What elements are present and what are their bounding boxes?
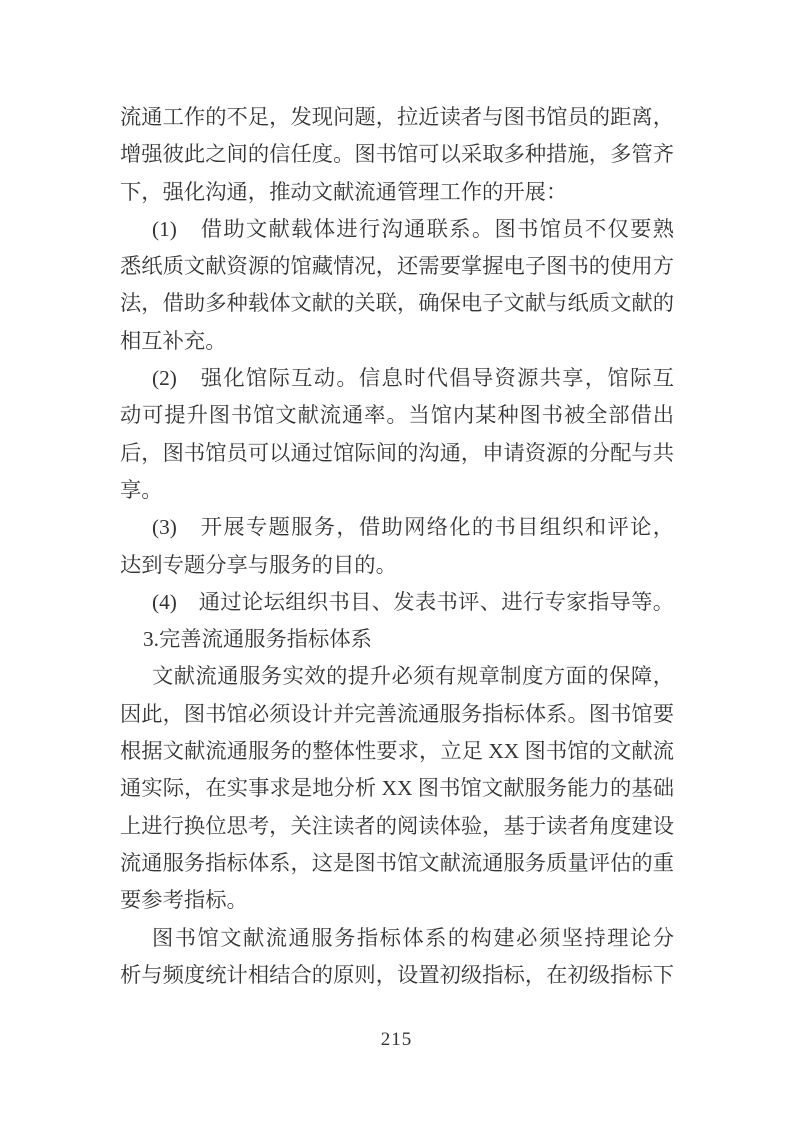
text-line: 流通服务指标体系，这是图书馆文献流通服务质量评估的重 xyxy=(120,845,674,882)
text-line: 悉纸质文献资源的馆藏情况，还需要掌握电子图书的使用方 xyxy=(120,248,674,285)
text-line: 后，图书馆员可以通过馆际间的沟通，申请资源的分配与共 xyxy=(120,435,674,472)
text-line: 图书馆文献流通服务指标体系的构建必须坚持理论分 xyxy=(120,920,674,957)
text-line: 达到专题分享与服务的目的。 xyxy=(120,547,674,584)
text-line: 因此，图书馆必须设计并完善流通服务指标体系。图书馆要 xyxy=(120,696,674,733)
text-line: 文献流通服务实效的提升必须有规章制度方面的保障， xyxy=(120,658,674,695)
text-line: 法，借助多种载体文献的关联，确保电子文献与纸质文献的 xyxy=(120,285,674,322)
document-page: 流通工作的不足，发现问题，拉近读者与图书馆员的距离，增强彼此之间的信任度。图书馆… xyxy=(0,0,793,1122)
text-line: 通实际，在实事求是地分析 XX 图书馆文献服务能力的基础 xyxy=(120,770,674,807)
page-number: 215 xyxy=(0,1029,793,1051)
text-line: 增强彼此之间的信任度。图书馆可以采取多种措施，多管齐 xyxy=(120,136,674,173)
text-block: 流通工作的不足，发现问题，拉近读者与图书馆员的距离，增强彼此之间的信任度。图书馆… xyxy=(120,99,674,994)
text-line: (4) 通过论坛组织书目、发表书评、进行专家指导等。 xyxy=(120,584,674,621)
text-line: (2) 强化馆际互动。信息时代倡导资源共享，馆际互 xyxy=(120,360,674,397)
text-line: 相互补充。 xyxy=(120,323,674,360)
text-line: 享。 xyxy=(120,472,674,509)
text-line: 下，强化沟通，推动文献流通管理工作的开展： xyxy=(120,174,674,211)
text-line: (3) 开展专题服务，借助网络化的书目组织和评论， xyxy=(120,509,674,546)
text-line: 动可提升图书馆文献流通率。当馆内某种图书被全部借出 xyxy=(120,397,674,434)
text-line: 上进行换位思考，关注读者的阅读体验，基于读者角度建设 xyxy=(120,808,674,845)
text-line: 要参考指标。 xyxy=(120,882,674,919)
text-line: 析与频度统计相结合的原则，设置初级指标，在初级指标下 xyxy=(120,957,674,994)
text-line: (1) 借助文献载体进行沟通联系。图书馆员不仅要熟 xyxy=(120,211,674,248)
text-line: 根据文献流通服务的整体性要求，立足 XX 图书馆的文献流 xyxy=(120,733,674,770)
text-line: 3.完善流通服务指标体系 xyxy=(120,621,674,658)
text-line: 流通工作的不足，发现问题，拉近读者与图书馆员的距离， xyxy=(120,99,674,136)
